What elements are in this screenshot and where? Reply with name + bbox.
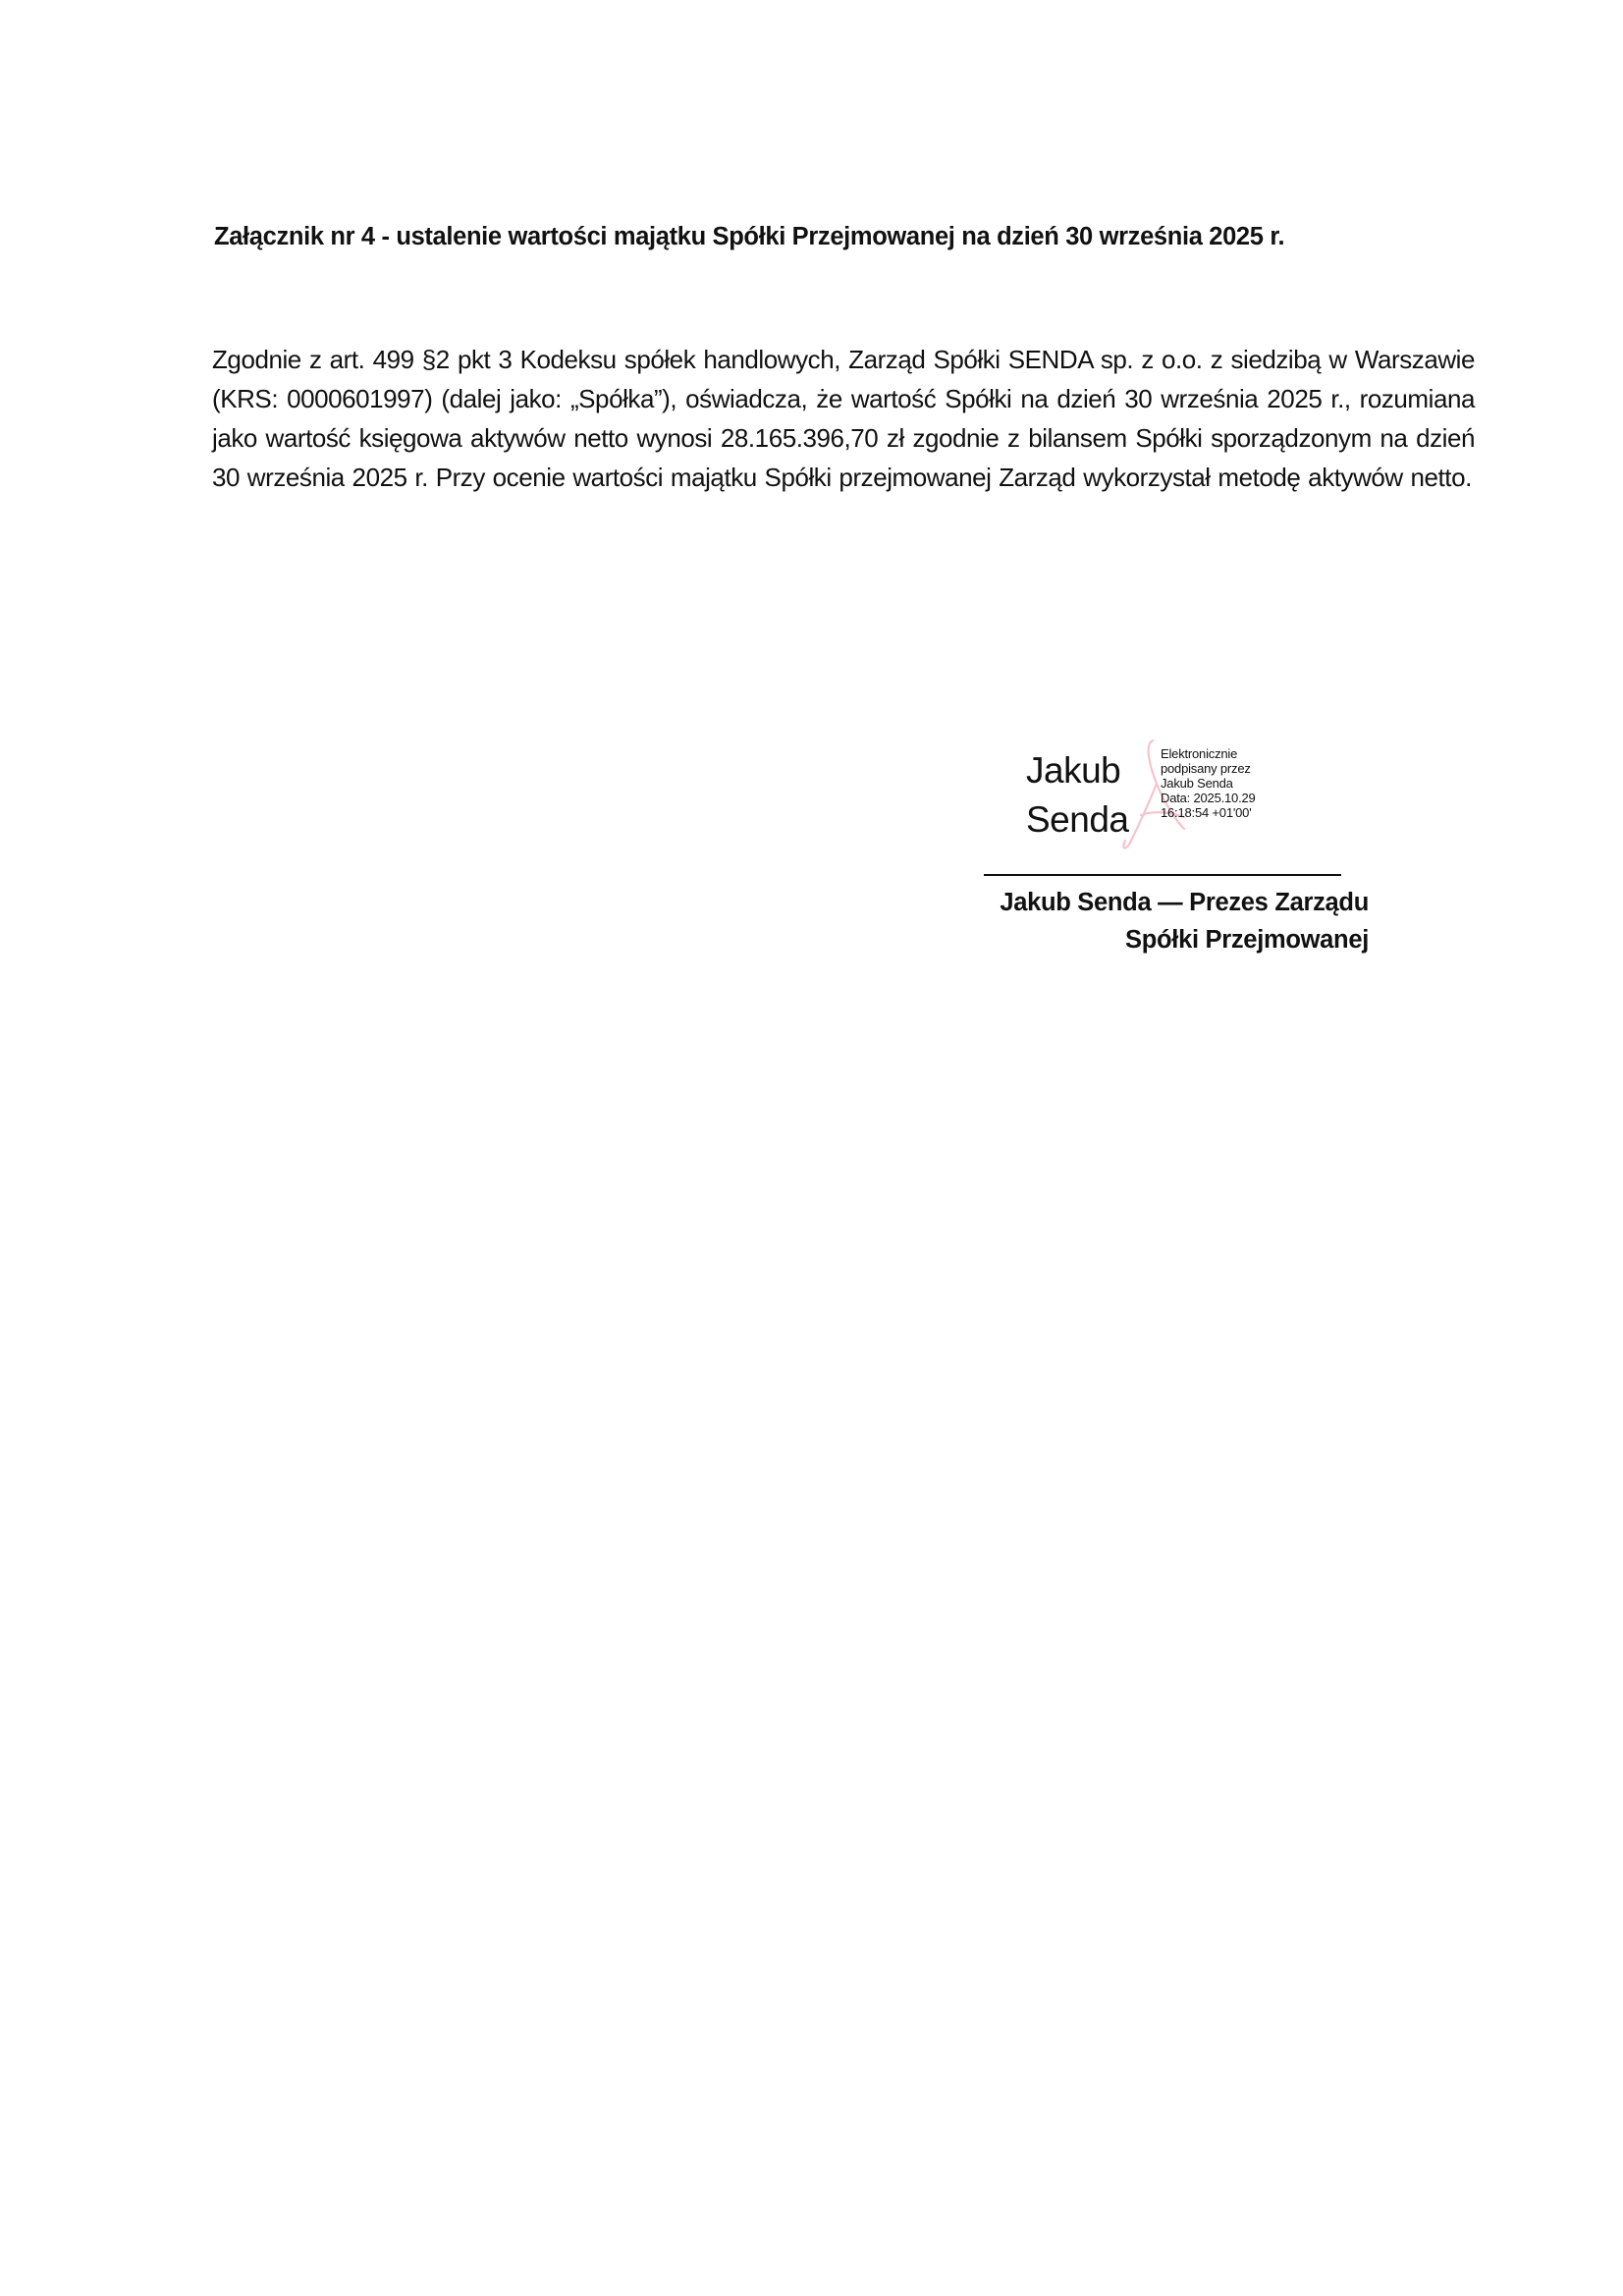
signer-company: Spółki Przejmowanej [884, 921, 1369, 958]
signer-name-role: Jakub Senda — Prezes Zarządu [884, 884, 1369, 921]
signature-details: Elektronicznie podpisany przez Jakub Sen… [1161, 746, 1256, 820]
signer-block: Jakub Senda — Prezes Zarządu Spółki Prze… [884, 884, 1369, 958]
signature-detail-line: Jakub Senda [1161, 776, 1256, 791]
signature-name: Jakub Senda [1026, 746, 1129, 845]
signature-first-name: Jakub [1026, 746, 1129, 795]
signature-detail-line: Elektronicznie [1161, 746, 1256, 761]
signature-line [984, 874, 1341, 876]
document-title: Załącznik nr 4 - ustalenie wartości mają… [214, 222, 1284, 251]
signature-date: Data: 2025.10.29 [1161, 791, 1256, 805]
signature-last-name: Senda [1026, 795, 1129, 845]
digital-signature: Jakub Senda Elektronicznie podpisany prz… [1021, 738, 1316, 856]
signature-detail-line: podpisany przez [1161, 761, 1256, 776]
body-paragraph: Zgodnie z art. 499 §2 pkt 3 Kodeksu spół… [212, 340, 1475, 497]
signature-time: 16:18:54 +01'00' [1161, 805, 1256, 820]
